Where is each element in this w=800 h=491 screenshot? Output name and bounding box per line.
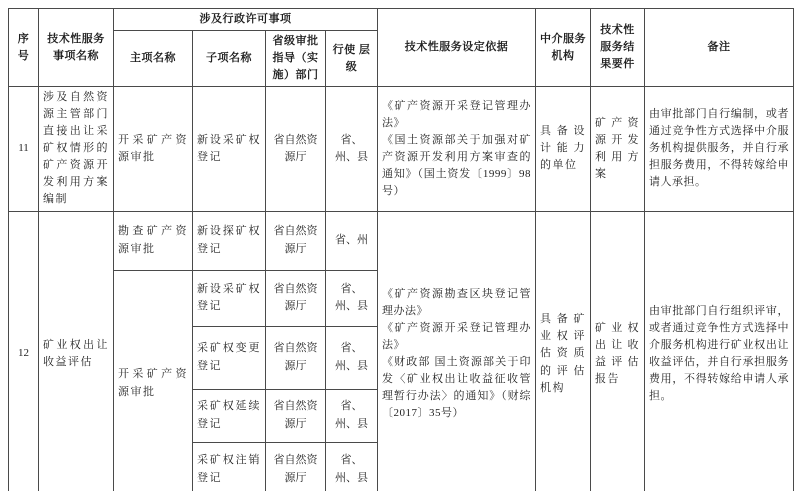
header-admin-license-group: 涉及行政许可事项 — [114, 9, 378, 31]
row12-sub-item-cell: 采矿权延续登记 — [193, 389, 266, 442]
row12-sub-item-cell: 新设采矿权登记 — [193, 270, 266, 326]
header-service-item-name: 技术性服务 事项名称 — [39, 9, 114, 87]
row12-level-cell: 省、州、县 — [326, 270, 378, 326]
row12-dept-cell: 省自然资源厅 — [266, 326, 326, 389]
technical-services-table: 序号 技术性服务 事项名称 涉及行政许可事项 技术性服务设定依据 中介服务 机构… — [8, 8, 794, 491]
row11-main-item-cell: 开采矿产资源审批 — [114, 87, 193, 211]
header-exercise-level: 行使 层级 — [326, 31, 378, 87]
header-main-item: 主项名称 — [114, 31, 193, 87]
row12-level-cell: 省、州、县 — [326, 326, 378, 389]
row12-sub-item-cell: 采矿权注销登记 — [193, 442, 266, 491]
row12-dept-cell: 省自然资源厅 — [266, 389, 326, 442]
row12-serial-cell: 12 — [9, 211, 39, 491]
row11-level-cell: 省、州、县 — [326, 87, 378, 211]
row12-dept-cell: 省自然资源厅 — [266, 270, 326, 326]
row12-dept-cell: 省自然资源厅 — [266, 211, 326, 270]
row11-item-name-cell: 涉及自然资源主管部门直接出让采矿权情形的矿产资源开发利用方案编制 — [39, 87, 114, 211]
row11-remark-cell: 由审批部门自行编制，或者通过竞争性方式选择中介服务机构提供服务，并自行承担服务费… — [645, 87, 794, 211]
row12-sub-item-cell: 采矿权变更登记 — [193, 326, 266, 389]
row12-main-item-2-cell: 开采矿产资源审批 — [114, 270, 193, 491]
row12-level-cell: 省、州、县 — [326, 442, 378, 491]
row12-main-item-1-cell: 勘查矿产资源审批 — [114, 211, 193, 270]
row11-result-cell: 矿产资源开发利用方案 — [591, 87, 645, 211]
row12-agency-cell: 具备矿业权评估资质的评估机构 — [536, 211, 591, 491]
header-basis: 技术性服务设定依据 — [378, 9, 536, 87]
row11-dept-cell: 省自然资源厅 — [266, 87, 326, 211]
row12-level-cell: 省、州、县 — [326, 389, 378, 442]
row12-basis-cell: 《矿产资源勘查区块登记管理办法》 《矿产资源开采登记管理办法》 《财政部 国土资… — [378, 211, 536, 491]
table-header: 序号 技术性服务 事项名称 涉及行政许可事项 技术性服务设定依据 中介服务 机构… — [9, 9, 794, 87]
header-provincial-dept: 省级审批指导（实施）部门 — [266, 31, 326, 87]
table-row: 12 矿业权出让收益评估 勘查矿产资源审批 新设探矿权登记 省自然资源厅 省、州… — [9, 211, 794, 270]
header-sub-item: 子项名称 — [193, 31, 266, 87]
row12-remark-cell: 由审批部门自行组织评审，或者通过竞争性方式选择中介服务机构进行矿业权出让收益评估… — [645, 211, 794, 491]
row11-agency-cell: 具备设计能力的单位 — [536, 87, 591, 211]
header-result: 技术性服务结果要件 — [591, 9, 645, 87]
row11-basis-cell: 《矿产资源开采登记管理办法》 《国土资源部关于加强对矿产资源开发利用方案审查的通… — [378, 87, 536, 211]
row12-dept-cell: 省自然资源厅 — [266, 442, 326, 491]
row12-result-cell: 矿业权出让收益评估报告 — [591, 211, 645, 491]
header-agency: 中介服务 机构 — [536, 9, 591, 87]
row11-sub-item-cell: 新设采矿权登记 — [193, 87, 266, 211]
table-row: 11 涉及自然资源主管部门直接出让采矿权情形的矿产资源开发利用方案编制 开采矿产… — [9, 87, 794, 211]
row12-sub-item-cell: 新设探矿权登记 — [193, 211, 266, 270]
header-remark: 备注 — [645, 9, 794, 87]
row12-level-cell: 省、州 — [326, 211, 378, 270]
row12-item-name-cell: 矿业权出让收益评估 — [39, 211, 114, 491]
row11-serial-cell: 11 — [9, 87, 39, 211]
header-serial: 序号 — [9, 9, 39, 87]
